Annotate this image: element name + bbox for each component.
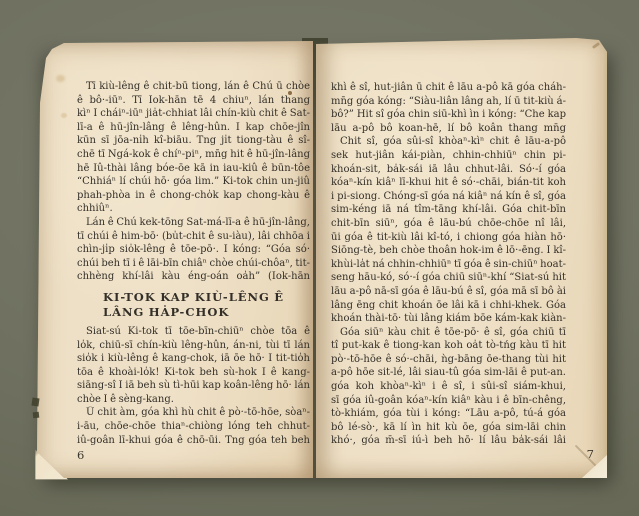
text-line: ūi góa ê tit-kiù lâi kî-tó, i chiong góa… bbox=[331, 231, 566, 245]
text-line: kìⁿ I cháiⁿ-iūⁿ jia̍t-chhiat lâi chín-ki… bbox=[77, 107, 310, 121]
text-line: tò-khiám, góa tùi i kóng: “Lāu a-pô, tú-… bbox=[331, 407, 566, 421]
text-line: Ū chit àm, góa khì hù chit ê pò·-tō-hōe,… bbox=[77, 406, 310, 420]
text-line: Chit sî, góa sûi-sî khòaⁿ-kìⁿ chit ê lāu… bbox=[331, 135, 566, 149]
text-line: phah-phòa in ê chong-cho̍k kap chong-kàu… bbox=[77, 189, 310, 203]
text-line: i-āu, chōe-chōe thiaⁿ-chiòng lóng teh ch… bbox=[77, 420, 310, 434]
text-line: khoán-sit, ba̍k-sái iā lâu chhut-lâi. Só… bbox=[331, 163, 566, 177]
text-line: bô lé-sò·, kā lí ìn hit kù ōe, góa sim-l… bbox=[331, 421, 566, 435]
text-line: bô?” Hit sî góa chin siū-khì ìn i kóng: … bbox=[331, 108, 566, 122]
text-line: tî put-kak ê tiong-kan koh oa̍t tò-tńg k… bbox=[331, 339, 566, 353]
text-line: chìn-ji̍p sio̍k-lêng ê tōe-pō·. I kóng: … bbox=[77, 243, 310, 257]
text-line: khoán thài-tō· tùi lâng kiám bōe kám-kak… bbox=[331, 312, 566, 326]
text-line: kūn sī jōa-ni̍h kî-biāu. Tng ji̍t tiong-… bbox=[77, 134, 310, 148]
text-line: “Chhiáⁿ lí chúi hō· góa lim.” Ki-tok chi… bbox=[77, 175, 310, 189]
corner-crease-mark bbox=[592, 42, 600, 49]
edge-notch bbox=[31, 398, 39, 407]
text-line: lāu a-pô bô koan-hē, lí bô koân thang mn… bbox=[331, 122, 566, 136]
text-line: kóaⁿ-kín kiâⁿ lī-khui hit ê só·-chāi, bi… bbox=[331, 176, 566, 190]
text-line: lâng ēng chit khoán ōe lâi kā i chhi-khe… bbox=[331, 299, 566, 313]
text-line: Siat-sú Ki-tok tī tōe-bīn-chiūⁿ chòe tōa… bbox=[77, 325, 310, 339]
text-line: i pi-siong. Chóng-sī góa ná kiâⁿ ná kín … bbox=[331, 190, 566, 204]
left-page-number: 6 bbox=[77, 448, 84, 462]
text-line: lāu a-pô nā-sī góa ê lāu-bú ê sî, góa mā… bbox=[331, 285, 566, 299]
text-line: Tī kiù-lêng ê chit-bū tiong, lán ê Chú ū… bbox=[77, 80, 310, 94]
text-line: ê bô·-iūⁿ. Tī Iok-hān tē 4 chiuⁿ, lán th… bbox=[77, 94, 310, 108]
text-line: tī chúi ê him-bō· (bu̍t-chit ê su-iàu), … bbox=[77, 230, 310, 244]
text-line: chhèng khí-lâi kàu éng-oán oa̍h” (Iok-hā… bbox=[77, 270, 310, 284]
text-line: iû-goân lī-khui góa ê chō-ūi. Tng góa te… bbox=[77, 434, 310, 448]
text-line: seng hāu-kó, só·-í góa chiū siūⁿ-khí “Si… bbox=[331, 271, 566, 285]
edge-notch bbox=[33, 412, 40, 419]
text-line: chit-bīn siūⁿ, góa ê lāu-bú chōe-chōe nî… bbox=[331, 217, 566, 231]
section-heading-line: LÂNG HA̍P-CHOK bbox=[77, 305, 310, 320]
section-heading-line: KI-TOK KAP KIÙ-LÊNG Ê bbox=[77, 290, 310, 305]
text-line: sek hut-jiân kái-piàn, chhin-chhiūⁿ chin… bbox=[331, 149, 566, 163]
text-line: chē tī Ngá-kok ê chíⁿ-piⁿ, mn̄g hit ê hū… bbox=[77, 148, 310, 162]
text-line: góa koh khòaⁿ-kìⁿ i ê sî, i sûi-sî siám-… bbox=[331, 380, 566, 394]
text-line: lo̍k, chiū-sī chín-kiù lêng-hûn, án-ni, … bbox=[77, 339, 310, 353]
text-line: khó·, góa m̄-sī iú-ì beh hō· lí lâu ba̍k… bbox=[331, 434, 566, 448]
right-page: khì ê sî, hut-jiân ū chit ê lāu a-pô kā … bbox=[316, 37, 607, 478]
text-line: Siōng-tè, beh chòe thoân hok-im ê lō·-ēn… bbox=[331, 244, 566, 258]
text-line: mn̄g góa kóng: “Siàu-liân lâng ah, lí ū … bbox=[331, 95, 566, 109]
text-line: siāng-sî I iā beh sù tì-hūi kap koân-lên… bbox=[77, 379, 310, 393]
text-line: pò·-tō-hōe ê só·-chāi, ǹg-bāng ōe-thang … bbox=[331, 353, 566, 367]
paper-stain bbox=[61, 113, 67, 118]
page-edge-line bbox=[604, 49, 607, 478]
left-page-text: Tī kiù-lêng ê chit-bū tiong, lán ê Chú ū… bbox=[77, 80, 310, 447]
left-page: Tī kiù-lêng ê chit-bū tiong, lán ê Chú ū… bbox=[36, 41, 313, 478]
text-line: sī góa iû-goân kóaⁿ-kín kiâⁿ kàu i ê bīn… bbox=[331, 394, 566, 408]
text-line: chúi beh tī i ê lāi-bīn chiâⁿ chòe chúi-… bbox=[77, 257, 310, 271]
text-line: tōa ê khoài-lo̍k! Ki-tok beh sù-hok I ê … bbox=[77, 366, 310, 380]
text-line: chòe I ê sèng-kang. bbox=[77, 393, 310, 407]
book-scan-photo: Tī kiù-lêng ê chit-bū tiong, lán ê Chú ū… bbox=[0, 0, 639, 516]
text-line: khùi-la̍t ná chhin-chhiūⁿ tī góa ê sin-c… bbox=[331, 258, 566, 272]
text-line: sim-kéng iā ná tîm-tāng khí-lâi. Góa chi… bbox=[331, 203, 566, 217]
text-line: khì ê sî, hut-jiân ū chit ê lāu a-pô kā … bbox=[331, 81, 566, 95]
right-page-text: khì ê sî, hut-jiân ū chit ê lāu a-pô kā … bbox=[331, 81, 566, 448]
text-line: lī-a ê hū-jîn-lâng ê lêng-hûn. I kap chō… bbox=[77, 121, 310, 135]
text-line: sio̍k i kiù-lêng ê kang-chok, iā ōe hō· … bbox=[77, 352, 310, 366]
text-line: hē Iû-thài lâng bóe-ōe kā in iau-kiû ê b… bbox=[77, 162, 310, 176]
text-line: Góa siūⁿ kàu chit ê tōe-pō· ê sî, góa ch… bbox=[331, 326, 566, 340]
text-line: chhiûⁿ. bbox=[77, 202, 310, 216]
text-line: Lán ê Chú kek-tōng Sat-má-lī-a ê hū-jîn-… bbox=[77, 216, 310, 230]
text-line: a-pô hōe sit-lé, lâi siau-tû góa sim-lāi… bbox=[331, 366, 566, 380]
paper-stain bbox=[56, 75, 65, 82]
